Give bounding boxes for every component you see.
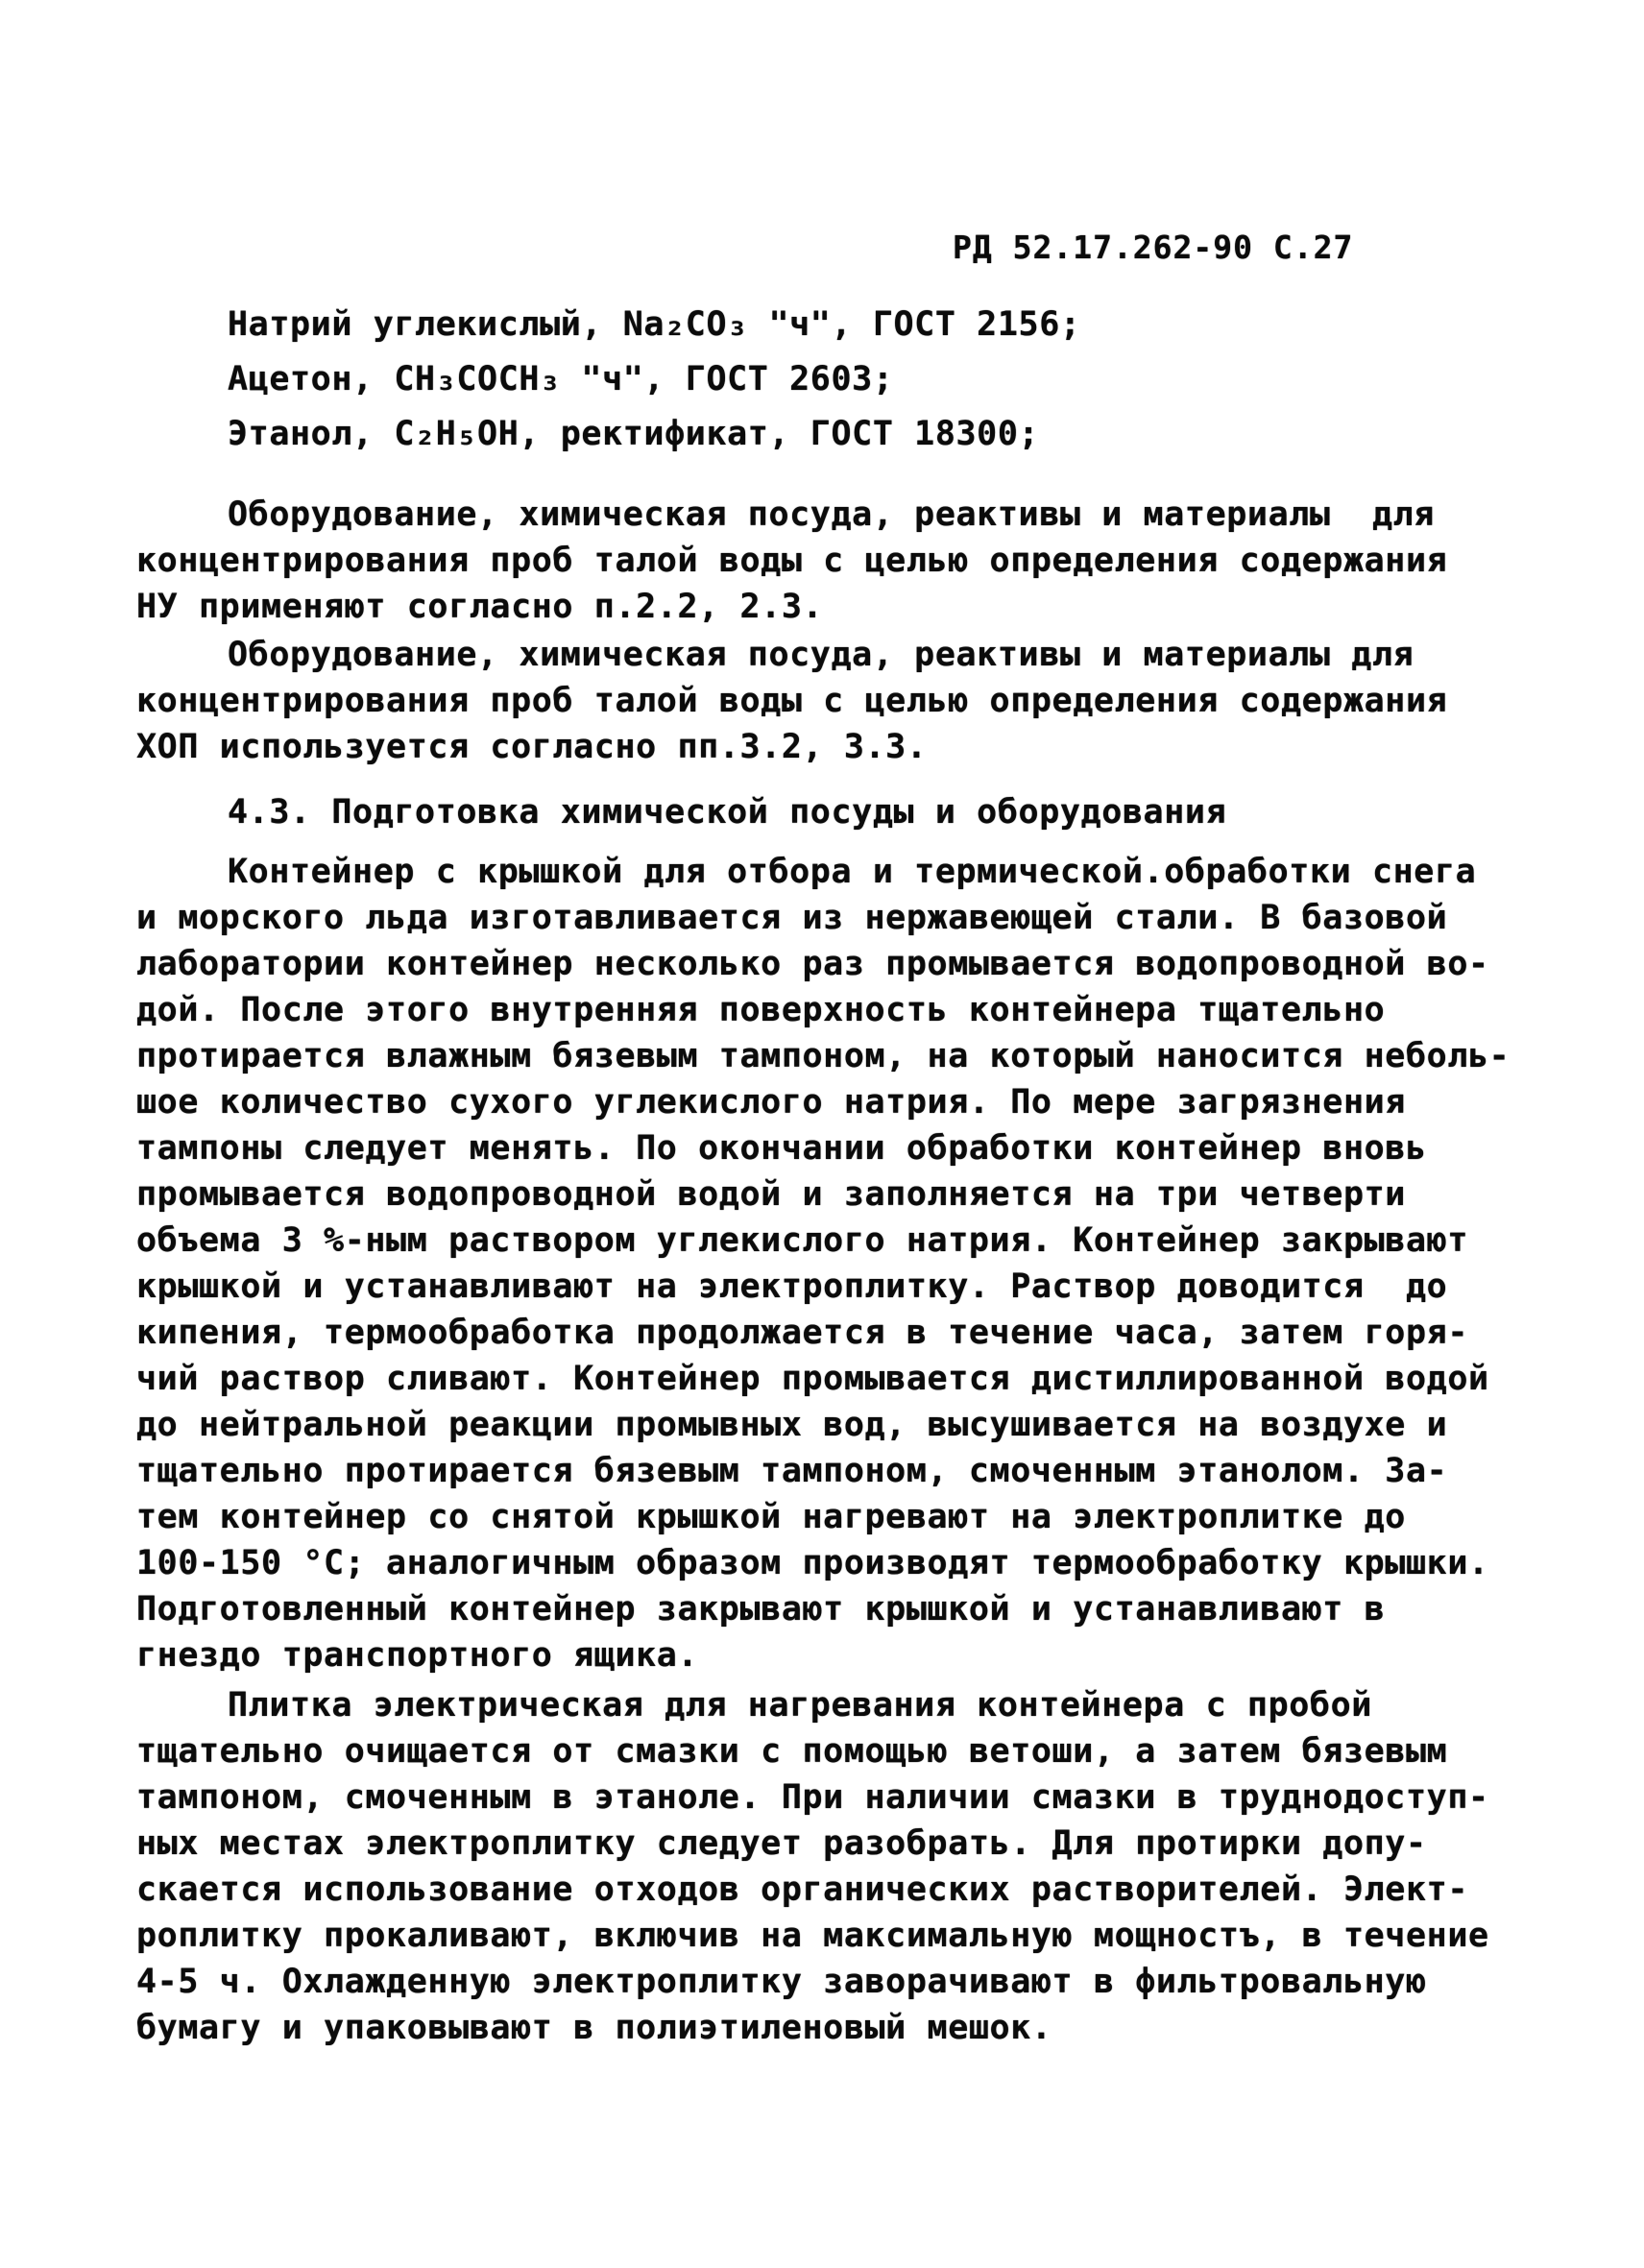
text-line: концентрирования проб талой воды с целью…	[136, 678, 1447, 724]
text-line: скается использование отходов органическ…	[136, 1867, 1489, 1913]
paragraph-equipment-hop: Оборудование, химическая посуда, реактив…	[136, 632, 1447, 770]
paragraph-hotplate-preparation: Плитка электрическая для нагревания конт…	[136, 1682, 1489, 2051]
text-line: Плитка электрическая для нагревания конт…	[136, 1682, 1489, 1728]
text-line: Этанол, C₂H₅OH, ректификат, ГОСТ 18300;	[136, 407, 1081, 462]
text-line: Контейнер с крышкой для отбора и термиче…	[136, 849, 1510, 895]
text-line: Оборудование, химическая посуда, реактив…	[136, 632, 1447, 678]
scanned-document-page: РД 52.17.262-90 С.27 Натрий углекислый, …	[0, 0, 1644, 2268]
text-line: концентрирования проб талой воды с целью…	[136, 538, 1447, 584]
text-line: тем контейнер со снятой крышкой нагреваю…	[136, 1494, 1510, 1540]
text-line: 100-150 °С; аналогичным образом производ…	[136, 1540, 1510, 1586]
text-line: НУ применяют согласно п.2.2, 2.3.	[136, 584, 1447, 630]
text-line: объема 3 %-ным раствором углекислого нат…	[136, 1218, 1510, 1264]
text-line: до нейтральной реакции промывных вод, вы…	[136, 1402, 1510, 1448]
text-line: Оборудование, химическая посуда, реактив…	[136, 492, 1447, 538]
text-line: бумагу и упаковывают в полиэтиленовый ме…	[136, 2005, 1489, 2051]
text-line: шое количество сухого углекислого натрия…	[136, 1079, 1510, 1125]
text-line: и морского льда изготавливается из нержа…	[136, 895, 1510, 941]
text-line: промывается водопроводной водой и заполн…	[136, 1171, 1510, 1218]
reagent-list: Натрий углекислый, Na₂CO₃ "ч", ГОСТ 2156…	[136, 298, 1081, 462]
text-line: роплитку прокаливают, включив на максима…	[136, 1913, 1489, 1959]
text-line: тампоном, смоченным в этаноле. При налич…	[136, 1774, 1489, 1821]
section-heading-text: 4.3. Подготовка химической посуды и обор…	[136, 789, 1226, 835]
section-heading-4-3: 4.3. Подготовка химической посуды и обор…	[136, 789, 1226, 835]
text-line: тщательно очищается от смазки с помощью …	[136, 1728, 1489, 1774]
text-line: Подготовленный контейнер закрывают крышк…	[136, 1586, 1510, 1632]
text-line: крышкой и устанавливают на электроплитку…	[136, 1264, 1510, 1310]
text-line: кипения, термообработка продолжается в т…	[136, 1310, 1510, 1356]
text-line: ХОП используется согласно пп.3.2, 3.3.	[136, 724, 1447, 770]
text-line: чий раствор сливают. Контейнер промывает…	[136, 1356, 1510, 1402]
text-line: Ацетон, CH₃COCH₃ "ч", ГОСТ 2603;	[136, 352, 1081, 407]
text-line: ных местах электроплитку следует разобра…	[136, 1821, 1489, 1867]
text-line: тщательно протирается бязевым тампоном, …	[136, 1448, 1510, 1494]
text-line: 4-5 ч. Охлажденную электроплитку заворач…	[136, 1959, 1489, 2005]
paragraph-equipment-nu: Оборудование, химическая посуда, реактив…	[136, 492, 1447, 630]
text-line: лаборатории контейнер несколько раз пром…	[136, 941, 1510, 987]
document-code-header: РД 52.17.262-90 С.27	[953, 229, 1353, 267]
text-line: тампоны следует менять. По окончании обр…	[136, 1125, 1510, 1171]
text-line: протирается влажным бязевым тампоном, на…	[136, 1033, 1510, 1079]
paragraph-container-preparation: Контейнер с крышкой для отбора и термиче…	[136, 849, 1510, 1678]
text-line: Натрий углекислый, Na₂CO₃ "ч", ГОСТ 2156…	[136, 298, 1081, 352]
text-line: гнездо транспортного ящика.	[136, 1632, 1510, 1678]
text-line: дой. После этого внутренняя поверхность …	[136, 987, 1510, 1033]
